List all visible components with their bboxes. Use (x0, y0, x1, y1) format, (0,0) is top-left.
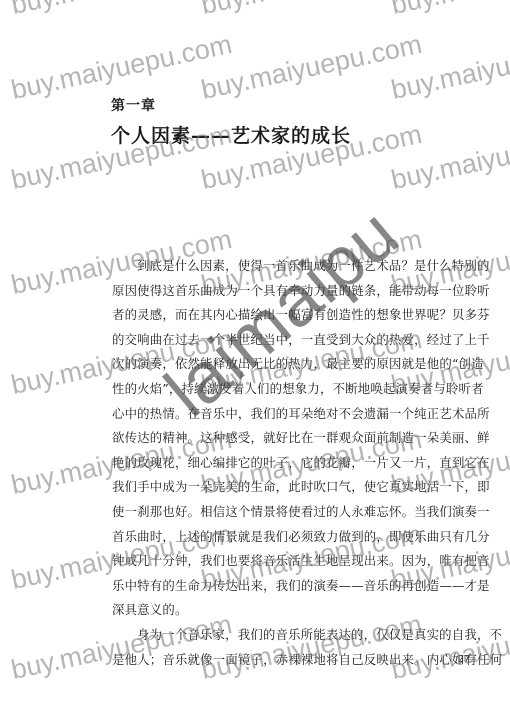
paragraph-line: 我们手中成为一朵完美的生命，此时吹口气，使它真实地活一下，即 (112, 475, 417, 500)
paragraph-line: 次的演奏，依然能释放出无比的热力，最主要的原因就是他的“创造 (112, 352, 417, 377)
paragraph-line: 是他人；音乐就像一面镜子，赤裸裸地将自己反映出来。内心如有任何 (112, 648, 417, 673)
paragraph-line: 心中的热情。在音乐中，我们的耳朵绝对不会遗漏一个纯正艺术品所 (112, 402, 417, 427)
paragraph-line: 者的灵感，而在其内心描绘出一幅富有创造性的想象世界呢？贝多芬 (112, 303, 417, 328)
chapter-title: 个人因素——艺术家的成长 (111, 121, 351, 148)
paragraph-line: 到底是什么因素，使得一首乐曲成为一件艺术品？是什么特别的 (112, 254, 417, 279)
watermark: buy.maiyuepu.com (389, 0, 510, 21)
body-text: 到底是什么因素，使得一首乐曲成为一件艺术品？是什么特别的 原因使得这首乐曲成为一… (112, 254, 417, 672)
paragraph-line: 深具意义的。 (112, 598, 417, 623)
paragraph-line: 艳的玫瑰花，细心编排它的叶子，它的花瓣，一片又一片，直到它在 (112, 451, 417, 476)
paragraph-line: 钟或几十分钟，我们也要将音乐活生生地呈现出来。因为，唯有把音 (112, 549, 417, 574)
page-number: 27 (458, 655, 469, 665)
paragraph-line: 使一刹那也好。相信这个情景将使看过的人永难忘怀。当我们演奏一 (112, 500, 417, 525)
paragraph-line: 欲传达的精神。这种感受，就好比在一群观众面前制造一朵美丽、鲜 (112, 426, 417, 451)
paragraph-line: 性的火焰”，持续激发着人们的想象力，不断地唤起演奏者与聆听者 (112, 377, 417, 402)
watermark: buy.maiyuepu.com (199, 0, 425, 21)
book-page: 第一章 个人因素——艺术家的成长 到底是什么因素，使得一首乐曲成为一件艺术品？是… (0, 0, 510, 721)
chapter-label: 第一章 (111, 95, 156, 115)
watermark: buy.maiyuepu.com (199, 29, 425, 106)
paragraph-line: 身为一个音乐家，我们的音乐所能表达的，仅仅是真实的自我，不 (112, 623, 417, 648)
paragraph-line: 乐中特有的生命力传达出来，我们的演奏——音乐的再创造——才是 (112, 574, 417, 599)
watermark: buy.maiyuepu.com (389, 29, 510, 106)
paragraph-line: 首乐曲时，上述的情景就是我们必须致力做到的，即使乐曲只有几分 (112, 525, 417, 550)
watermark: buy.maiyuepu.com (9, 0, 235, 21)
paragraph-line: 原因使得这首乐曲成为一个具有牵动力量的链条，能带动每一位聆听 (112, 279, 417, 304)
paragraph-line: 的交响曲在过去一个半世纪当中，一直受到大众的热爱，经过了上千 (112, 328, 417, 353)
watermark: buy.maiyuepu.com (389, 119, 510, 196)
